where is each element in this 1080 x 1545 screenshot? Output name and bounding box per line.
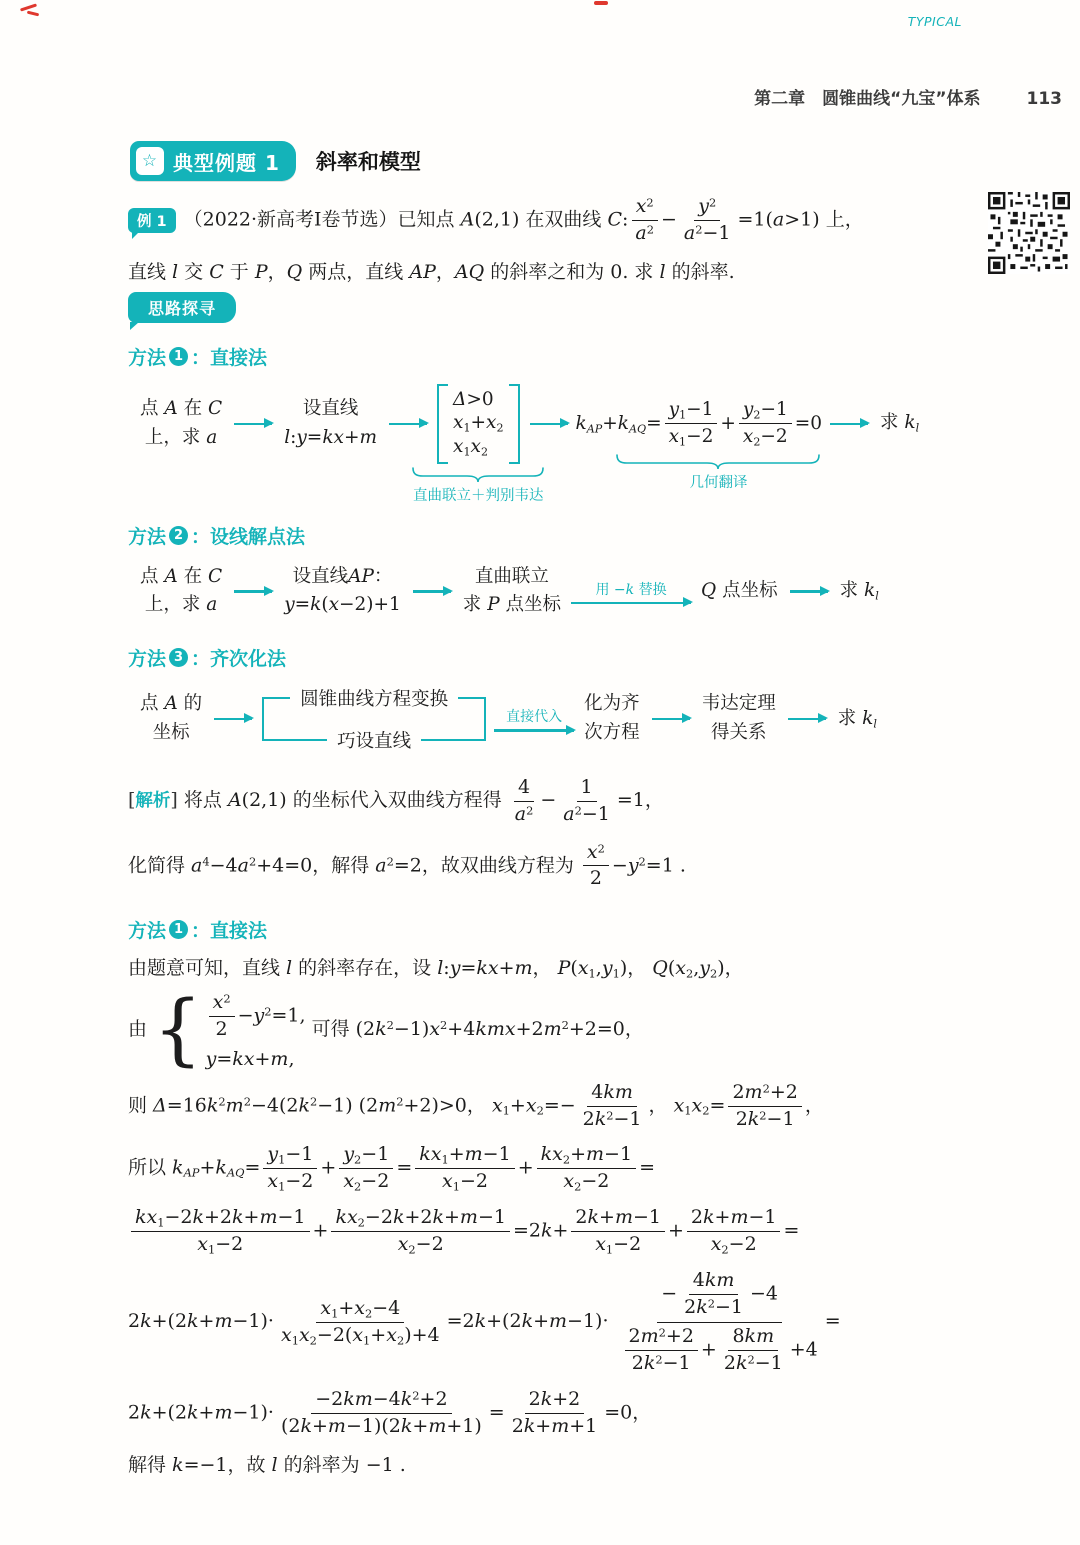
typical-example-badge: ☆ 典型例题 1 (130, 141, 296, 181)
bracket-box: Δ>0 x1+x2 x1x2 (437, 384, 520, 464)
connector-line (262, 739, 327, 741)
arrow-right-icon (389, 423, 427, 425)
branch-row: 巧设直线 (262, 727, 486, 753)
method-heading-sep: ： (191, 343, 210, 370)
flow-node: 化为齐 次方程 (584, 690, 640, 747)
analysis-line-2: 化简得 a4−4a2+4=0，解得 a2=2，故双曲线方程为 x22−y2=1 … (128, 840, 1040, 893)
underbrace-icon (616, 454, 820, 470)
labeled-arrow: 用 −k 替换 (571, 579, 691, 604)
page-number: 113 (1027, 89, 1063, 109)
branch-connector: 圆锥曲线方程变换 巧设直线 (262, 685, 486, 753)
circled-number-icon: 1 (169, 347, 188, 366)
method-heading-sep: ： (191, 522, 210, 549)
branch-row: 圆锥曲线方程变换 (262, 685, 486, 711)
solution-line: kx1−2k+2k+m−1x1−2+kx2−2k+2k+m−1x2−2=2k+2… (128, 1205, 1040, 1258)
flow-node: 直曲联立 求 P 点坐标 (463, 563, 561, 620)
solution-line: 所以 kAP+kAQ=y1−1x1−2+y2−1x2−2=kx1+m−1x1−2… (128, 1142, 1040, 1195)
flow-node: 设直线 l:y=kx+m (284, 395, 377, 452)
qr-code (988, 192, 1070, 274)
slope-sum-group: kAP+kAQ=y1−1x1−2+y2−1x2−2=0 几何翻译 (576, 397, 822, 450)
flow-node: 韦达定理 得关系 (702, 690, 776, 747)
flow-node: 求 kl (840, 577, 879, 606)
arrow-right-icon (413, 590, 451, 592)
section-title: 斜率和模型 (316, 146, 421, 176)
method-2-heading: 方法 2 ： 设线解点法 (128, 522, 1040, 549)
page-header: 第二章 圆锥曲线“九宝”体系 113 (754, 84, 1062, 109)
solution-line: 2k+(2k+m−1)·x1+x2−4x1x2−2(x1+x2)+4=2k+(2… (128, 1267, 1040, 1377)
connector-line (421, 739, 486, 741)
method-heading-prefix: 方法 (128, 522, 166, 549)
circled-number-icon: 1 (169, 920, 188, 939)
method-heading-prefix: 方法 (128, 644, 166, 671)
arrow-right-icon (494, 729, 574, 731)
method-heading-title: 直接法 (210, 916, 267, 943)
circled-number-icon: 3 (169, 648, 188, 667)
flowchart-method-1: 点 A 在 C 上，求 a 设直线 l:y=kx+m Δ>0 x1+x2 x1x… (136, 384, 1040, 464)
underbrace-annotation: 直曲联立＋判别韦达 (412, 467, 544, 505)
method-heading-title: 直接法 (210, 343, 267, 370)
connector-line (262, 697, 290, 699)
main-content: 思路探寻 方法 1 ： 直接法 点 A 在 C 上，求 a 设直线 l:y=kx… (128, 292, 1040, 1477)
flow-node: 点 A 在 C 上，求 a (140, 395, 222, 452)
flowchart-method-2: 点 A 在 C 上，求 a 设直线AP： y=k(x−2)+1 直曲联立 求 P… (136, 563, 1040, 620)
arrow-right-icon (214, 718, 252, 720)
flowchart-method-3: 点 A 的 坐标 圆锥曲线方程变换 巧设直线 直接代入 (136, 685, 1040, 753)
arrow-right-icon (571, 602, 691, 604)
flow-node: 设直线AP： y=k(x−2)+1 (284, 563, 401, 620)
typical-watermark: TYPICAL (908, 14, 962, 29)
circled-number-icon: 2 (169, 526, 188, 545)
problem-line-1: （2022·新高考Ⅰ卷节选）已知点 A(2,1) 在双曲线 C:x2a2−y2a… (184, 194, 864, 247)
example-badge: 例 1 (128, 208, 176, 233)
problem-statement: 例 1 （2022·新高考Ⅰ卷节选）已知点 A(2,1) 在双曲线 C:x2a2… (128, 194, 988, 284)
solution-line: 则 Δ=16k2m2−4(2k2−1) (2m2+2)>0， x1+x2=−4k… (128, 1080, 1040, 1133)
underbrace-annotation: 几何翻译 (616, 454, 820, 492)
solution-line: 2k+(2k+m−1)·−2km−4k2+2(2k+m−1)(2k+m+1)=2… (128, 1387, 1040, 1440)
method-1-heading: 方法 1 ： 直接法 (128, 343, 1040, 370)
labeled-arrow: 直接代入 (494, 706, 574, 731)
arrow-right-icon (530, 423, 568, 425)
chapter-title: 第二章 圆锥曲线“九宝”体系 (754, 84, 980, 109)
typical-example-badge-label: 典型例题 1 (173, 147, 280, 176)
method-heading-sep: ： (191, 644, 210, 671)
problem-line-2: 直线 l 交 C 于 P，Q 两点，直线 AP，AQ 的斜率之和为 0. 求 l… (128, 257, 988, 284)
star-folder-icon: ☆ (136, 147, 164, 175)
method-heading-prefix: 方法 (128, 343, 166, 370)
section-title-row: ☆ 典型例题 1 斜率和模型 (130, 141, 1040, 181)
solution-line: 由题意可知，直线 l 的斜率存在，设 l:y=kx+m， P(x1,y1)， Q… (128, 953, 1040, 980)
flow-node: 求 kl (838, 705, 877, 734)
underbrace-icon (412, 467, 544, 483)
flow-node: 点 A 在 C 上，求 a (140, 563, 222, 620)
method-heading-title: 齐次化法 (210, 644, 286, 671)
arrow-right-icon (788, 718, 826, 720)
solution-method-heading: 方法 1 ： 直接法 (128, 916, 1040, 943)
arrow-right-icon (234, 423, 272, 425)
method-heading-title: 设线解点法 (210, 522, 305, 549)
arrow-right-icon (790, 590, 828, 592)
flow-node: 求 kl (880, 409, 919, 438)
solution-line: 解得 k=−1，故 l 的斜率为 −1 . (128, 1450, 1040, 1477)
arrow-right-icon (234, 590, 272, 592)
arrow-right-icon (652, 718, 690, 720)
connector-line (458, 697, 486, 699)
textbook-page: 第二章 圆锥曲线“九宝”体系 113 ☆ 典型例题 1 斜率和模型 TYPICA… (0, 0, 1080, 1545)
analysis-label: [解析] (128, 789, 178, 811)
method-heading-sep: ： (191, 916, 210, 943)
scan-artifact (594, 1, 608, 5)
vieta-bracket-group: Δ>0 x1+x2 x1x2 直曲联立＋判别韦达 (435, 384, 522, 464)
scan-artifact (27, 11, 39, 17)
flow-node: Q 点坐标 (701, 577, 778, 606)
analysis-line-1: [解析] 将点 A(2,1) 的坐标代入双曲线方程得 4a2−1a2−1=1， (128, 775, 1040, 828)
solution-line: 由 {x22−y2=1,y=kx+m, 可得 (2k2−1)x2+4kmx+2m… (128, 990, 1040, 1070)
arrow-right-icon (830, 423, 868, 425)
flow-node: 点 A 的 坐标 (140, 690, 202, 747)
method-heading-prefix: 方法 (128, 916, 166, 943)
method-3-heading: 方法 3 ： 齐次化法 (128, 644, 1040, 671)
thinking-badge: 思路探寻 (128, 292, 236, 323)
